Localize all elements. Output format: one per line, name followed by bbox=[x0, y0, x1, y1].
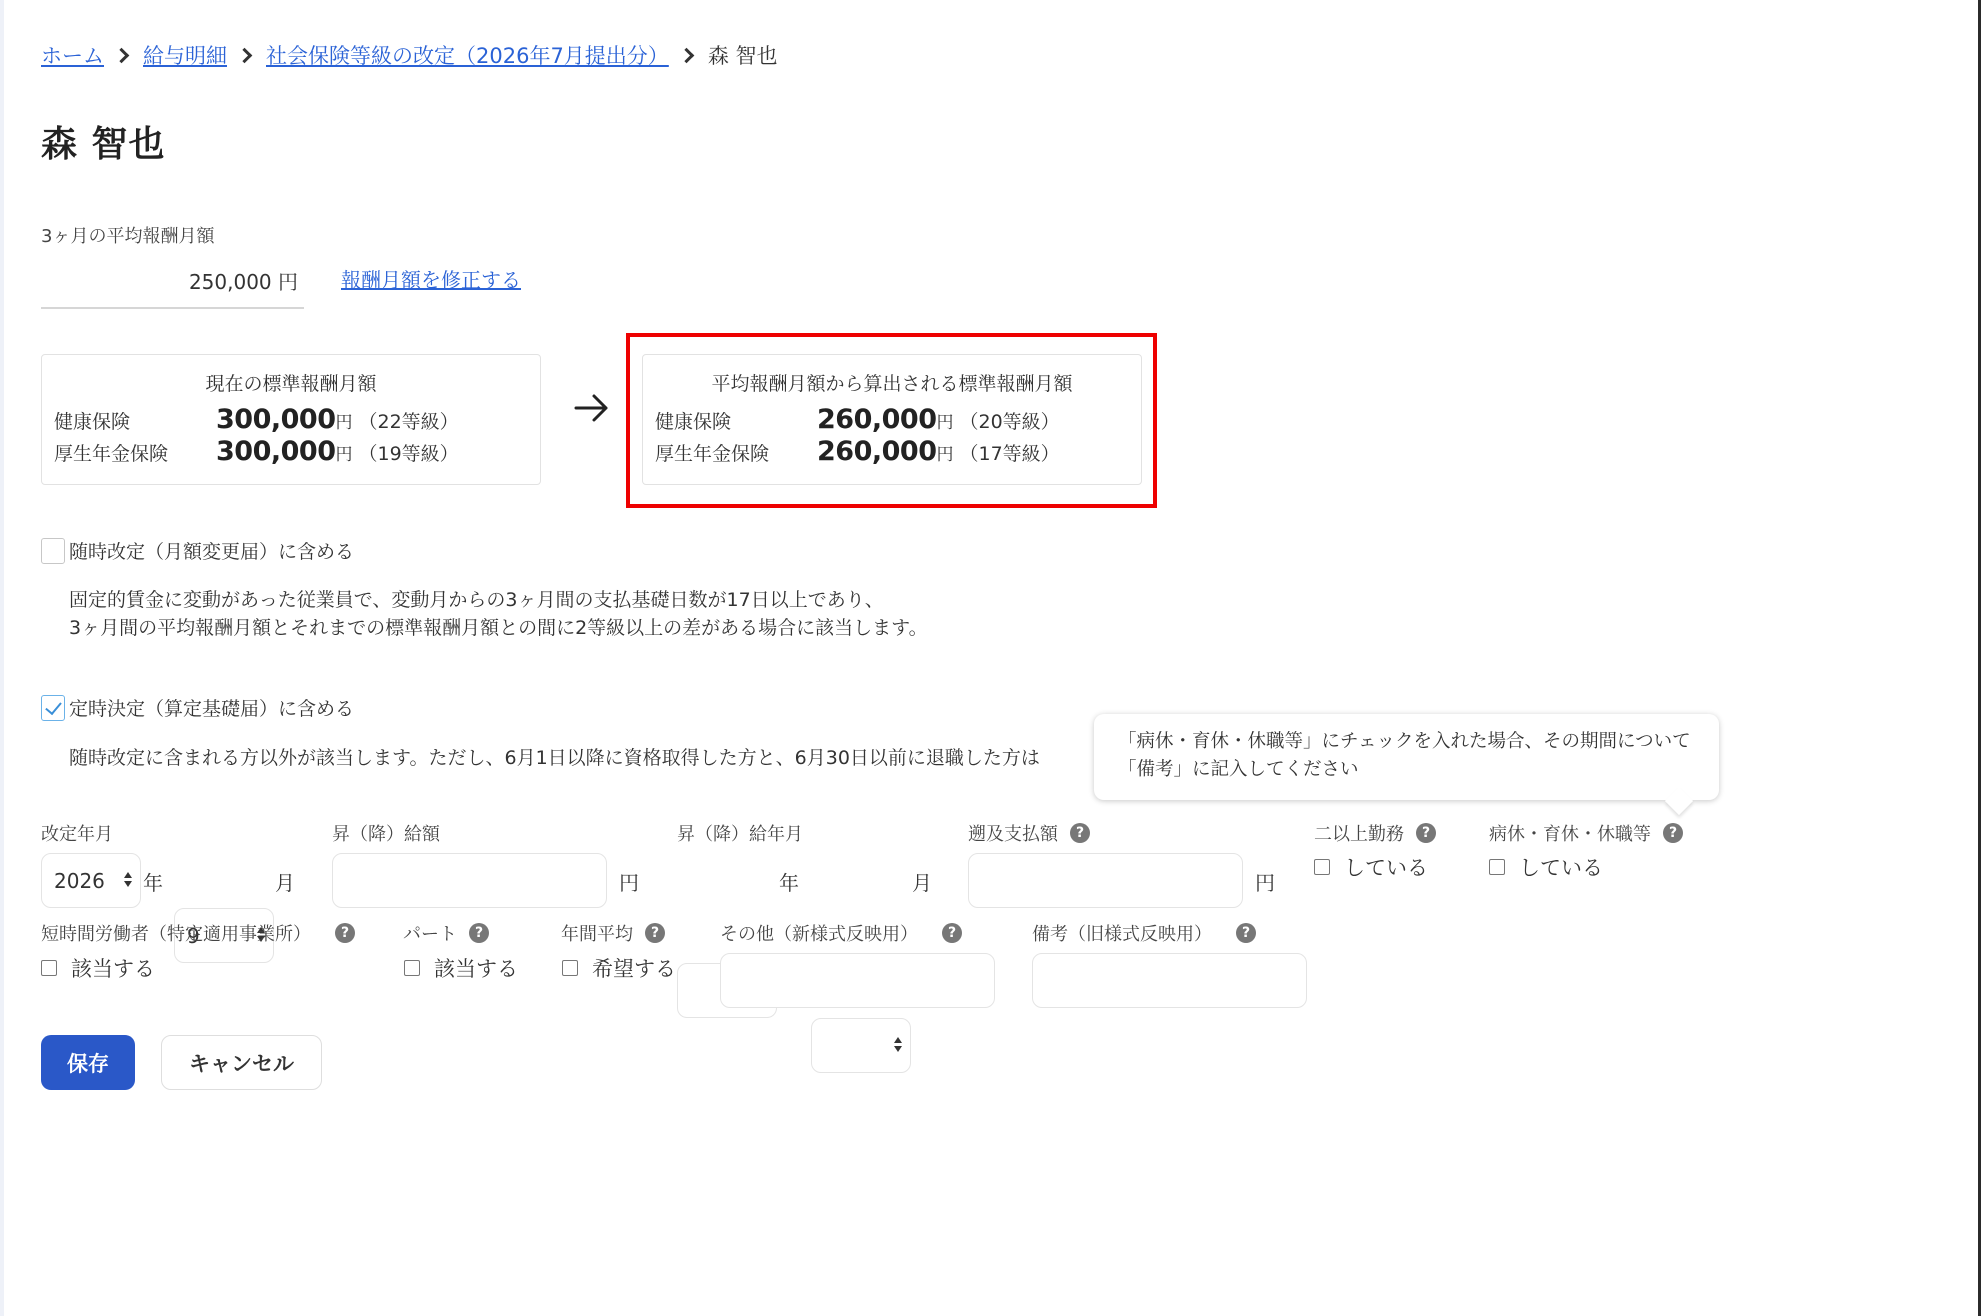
regular-determination-label: 定時決定（算定基礎届）に含める bbox=[69, 694, 354, 721]
insurance-name: 厚生年金保険 bbox=[655, 439, 817, 466]
amount: 260,000 bbox=[817, 404, 936, 435]
unit: 円 bbox=[936, 408, 953, 433]
label-text: 年間平均 bbox=[561, 920, 633, 946]
option-label: している bbox=[1519, 852, 1603, 882]
help-icon[interactable]: ? bbox=[1416, 823, 1436, 843]
chevron-right-icon bbox=[237, 47, 253, 63]
current-grade-row-health: 健康保険 300,000 円 （22等級） bbox=[54, 404, 528, 436]
chevron-right-icon bbox=[679, 47, 695, 63]
description-line: 3ヶ月間の平均報酬月額とそれまでの標準報酬月額との間に2等級以上の差がある場合に… bbox=[69, 614, 928, 642]
month-unit: 月 bbox=[912, 867, 932, 896]
help-icon[interactable]: ? bbox=[942, 923, 962, 943]
help-icon[interactable]: ? bbox=[469, 923, 489, 943]
leave-checkbox[interactable]: している bbox=[1489, 852, 1603, 882]
short-time-label: 短時間労働者（特定適用事業所） ? bbox=[41, 920, 355, 946]
page-title: 森 智也 bbox=[41, 116, 166, 167]
short-time-checkbox[interactable]: 該当する bbox=[41, 953, 155, 983]
raise-month-select[interactable] bbox=[811, 1018, 911, 1073]
occasional-revision-checkbox[interactable]: 随時改定（月額変更届）に含める bbox=[41, 537, 354, 564]
checkbox-icon[interactable] bbox=[41, 960, 57, 976]
calculated-grade-row-pension: 厚生年金保険 260,000 円 （17等級） bbox=[655, 436, 1129, 468]
remarks-label: 備考（旧様式反映用） ? bbox=[1032, 920, 1256, 946]
leave-label: 病休・育休・休職等 ? bbox=[1489, 820, 1683, 846]
breadcrumb-payslip[interactable]: 給与明細 bbox=[143, 40, 227, 70]
save-button[interactable]: 保存 bbox=[41, 1035, 135, 1090]
yen-unit: 円 bbox=[1255, 867, 1275, 896]
help-icon[interactable]: ? bbox=[1070, 823, 1090, 843]
yen-unit: 円 bbox=[619, 867, 639, 896]
unit: 円 bbox=[335, 440, 352, 465]
breadcrumb-current: 森 智也 bbox=[708, 40, 778, 70]
grade: （19等級） bbox=[358, 439, 458, 466]
checkbox-icon[interactable] bbox=[1314, 859, 1330, 875]
option-label: 該当する bbox=[71, 953, 155, 983]
chevron-right-icon bbox=[114, 47, 130, 63]
option-label: 希望する bbox=[592, 953, 676, 983]
year-unit: 年 bbox=[779, 867, 799, 896]
grade: （17等級） bbox=[959, 439, 1059, 466]
cancel-button[interactable]: キャンセル bbox=[161, 1035, 322, 1090]
average-value: 250,000 円 bbox=[41, 266, 304, 309]
year-unit: 年 bbox=[143, 867, 163, 896]
grade: （20等級） bbox=[959, 407, 1059, 434]
revision-month-label: 改定年月 bbox=[41, 820, 113, 846]
tooltip-line: 「病休・育休・休職等」にチェックを入れた場合、その期間について bbox=[1118, 728, 1695, 756]
part-time-label: パート ? bbox=[403, 920, 489, 946]
checkbox-icon[interactable] bbox=[1489, 859, 1505, 875]
current-grade-row-pension: 厚生年金保険 300,000 円 （19等級） bbox=[54, 436, 528, 468]
raise-month-label: 昇（降）給年月 bbox=[677, 820, 803, 846]
calculated-grade-title: 平均報酬月額から算出される標準報酬月額 bbox=[655, 369, 1129, 396]
calculated-grade-box: 平均報酬月額から算出される標準報酬月額 健康保険 260,000 円 （20等級… bbox=[642, 354, 1142, 485]
average-label: 3ヶ月の平均報酬月額 bbox=[41, 222, 214, 248]
help-icon[interactable]: ? bbox=[1236, 923, 1256, 943]
other-label: その他（新様式反映用） ? bbox=[720, 920, 962, 946]
label-text: 備考（旧様式反映用） bbox=[1032, 920, 1212, 946]
multiple-work-checkbox[interactable]: している bbox=[1314, 852, 1428, 882]
retro-payment-label: 遡及支払額 ? bbox=[968, 820, 1090, 846]
description-line: 固定的賃金に変動があった従業員で、変動月からの3ヶ月間の支払基礎日数が17日以上… bbox=[69, 586, 928, 614]
checkbox-icon[interactable] bbox=[562, 960, 578, 976]
part-time-checkbox[interactable]: 該当する bbox=[404, 953, 518, 983]
edit-amount-link[interactable]: 報酬月額を修正する bbox=[341, 264, 521, 293]
option-label: している bbox=[1344, 852, 1428, 882]
current-grade-title: 現在の標準報酬月額 bbox=[54, 369, 528, 396]
insurance-name: 厚生年金保険 bbox=[54, 439, 216, 466]
insurance-name: 健康保険 bbox=[655, 407, 817, 434]
calculated-grade-row-health: 健康保険 260,000 円 （20等級） bbox=[655, 404, 1129, 436]
unit: 円 bbox=[936, 440, 953, 465]
checkbox-icon[interactable] bbox=[404, 960, 420, 976]
selected-value: 2026 bbox=[54, 869, 105, 893]
occasional-revision-label: 随時改定（月額変更届）に含める bbox=[69, 537, 354, 564]
label-text: 病休・育休・休職等 bbox=[1489, 820, 1651, 846]
occasional-revision-description: 固定的賃金に変動があった従業員で、変動月からの3ヶ月間の支払基礎日数が17日以上… bbox=[69, 586, 928, 642]
breadcrumb-home[interactable]: ホーム bbox=[41, 40, 104, 70]
other-input[interactable] bbox=[720, 953, 995, 1008]
raise-amount-label: 昇（降）給額 bbox=[332, 820, 440, 846]
annual-average-checkbox[interactable]: 希望する bbox=[562, 953, 676, 983]
multiple-work-label: 二以上勤務 ? bbox=[1314, 820, 1436, 846]
spinner-icon bbox=[124, 872, 132, 888]
tooltip-line: 「備考」に記入してください bbox=[1118, 756, 1695, 784]
grade: （22等級） bbox=[358, 407, 458, 434]
regular-determination-description: 随時改定に含まれる方以外が該当します。ただし、6月1日以降に資格取得した方と、6… bbox=[69, 743, 1040, 770]
breadcrumb-grade-revision[interactable]: 社会保険等級の改定（2026年7月提出分） bbox=[266, 40, 669, 70]
insurance-name: 健康保険 bbox=[54, 407, 216, 434]
remarks-input[interactable] bbox=[1032, 953, 1307, 1008]
checkbox-unchecked-icon[interactable] bbox=[41, 538, 65, 564]
help-icon[interactable]: ? bbox=[335, 923, 355, 943]
breadcrumb: ホーム 給与明細 社会保険等級の改定（2026年7月提出分） 森 智也 bbox=[41, 40, 778, 70]
label-text: パート bbox=[403, 920, 457, 946]
amount: 300,000 bbox=[216, 436, 335, 467]
revision-year-select[interactable]: 2026 bbox=[41, 853, 141, 908]
raise-amount-input[interactable] bbox=[332, 853, 607, 908]
retro-payment-input[interactable] bbox=[968, 853, 1243, 908]
regular-determination-checkbox[interactable]: 定時決定（算定基礎届）に含める bbox=[41, 694, 354, 721]
unit: 円 bbox=[335, 408, 352, 433]
label-text: 二以上勤務 bbox=[1314, 820, 1404, 846]
label-text: その他（新様式反映用） bbox=[720, 920, 918, 946]
annual-average-label: 年間平均 ? bbox=[561, 920, 665, 946]
right-arrow-icon bbox=[572, 388, 612, 428]
help-icon[interactable]: ? bbox=[1663, 823, 1683, 843]
label-text: 短時間労働者（特定適用事業所） bbox=[41, 920, 311, 946]
current-grade-box: 現在の標準報酬月額 健康保険 300,000 円 （22等級） 厚生年金保険 3… bbox=[41, 354, 541, 485]
option-label: 該当する bbox=[434, 953, 518, 983]
leave-help-tooltip: 「病休・育休・休職等」にチェックを入れた場合、その期間について 「備考」に記入し… bbox=[1094, 714, 1719, 800]
amount: 300,000 bbox=[216, 404, 335, 435]
month-unit: 月 bbox=[275, 867, 295, 896]
amount: 260,000 bbox=[817, 436, 936, 467]
checkbox-checked-icon[interactable] bbox=[41, 695, 65, 721]
spinner-icon bbox=[894, 1037, 902, 1053]
help-icon[interactable]: ? bbox=[645, 923, 665, 943]
label-text: 遡及支払額 bbox=[968, 820, 1058, 846]
